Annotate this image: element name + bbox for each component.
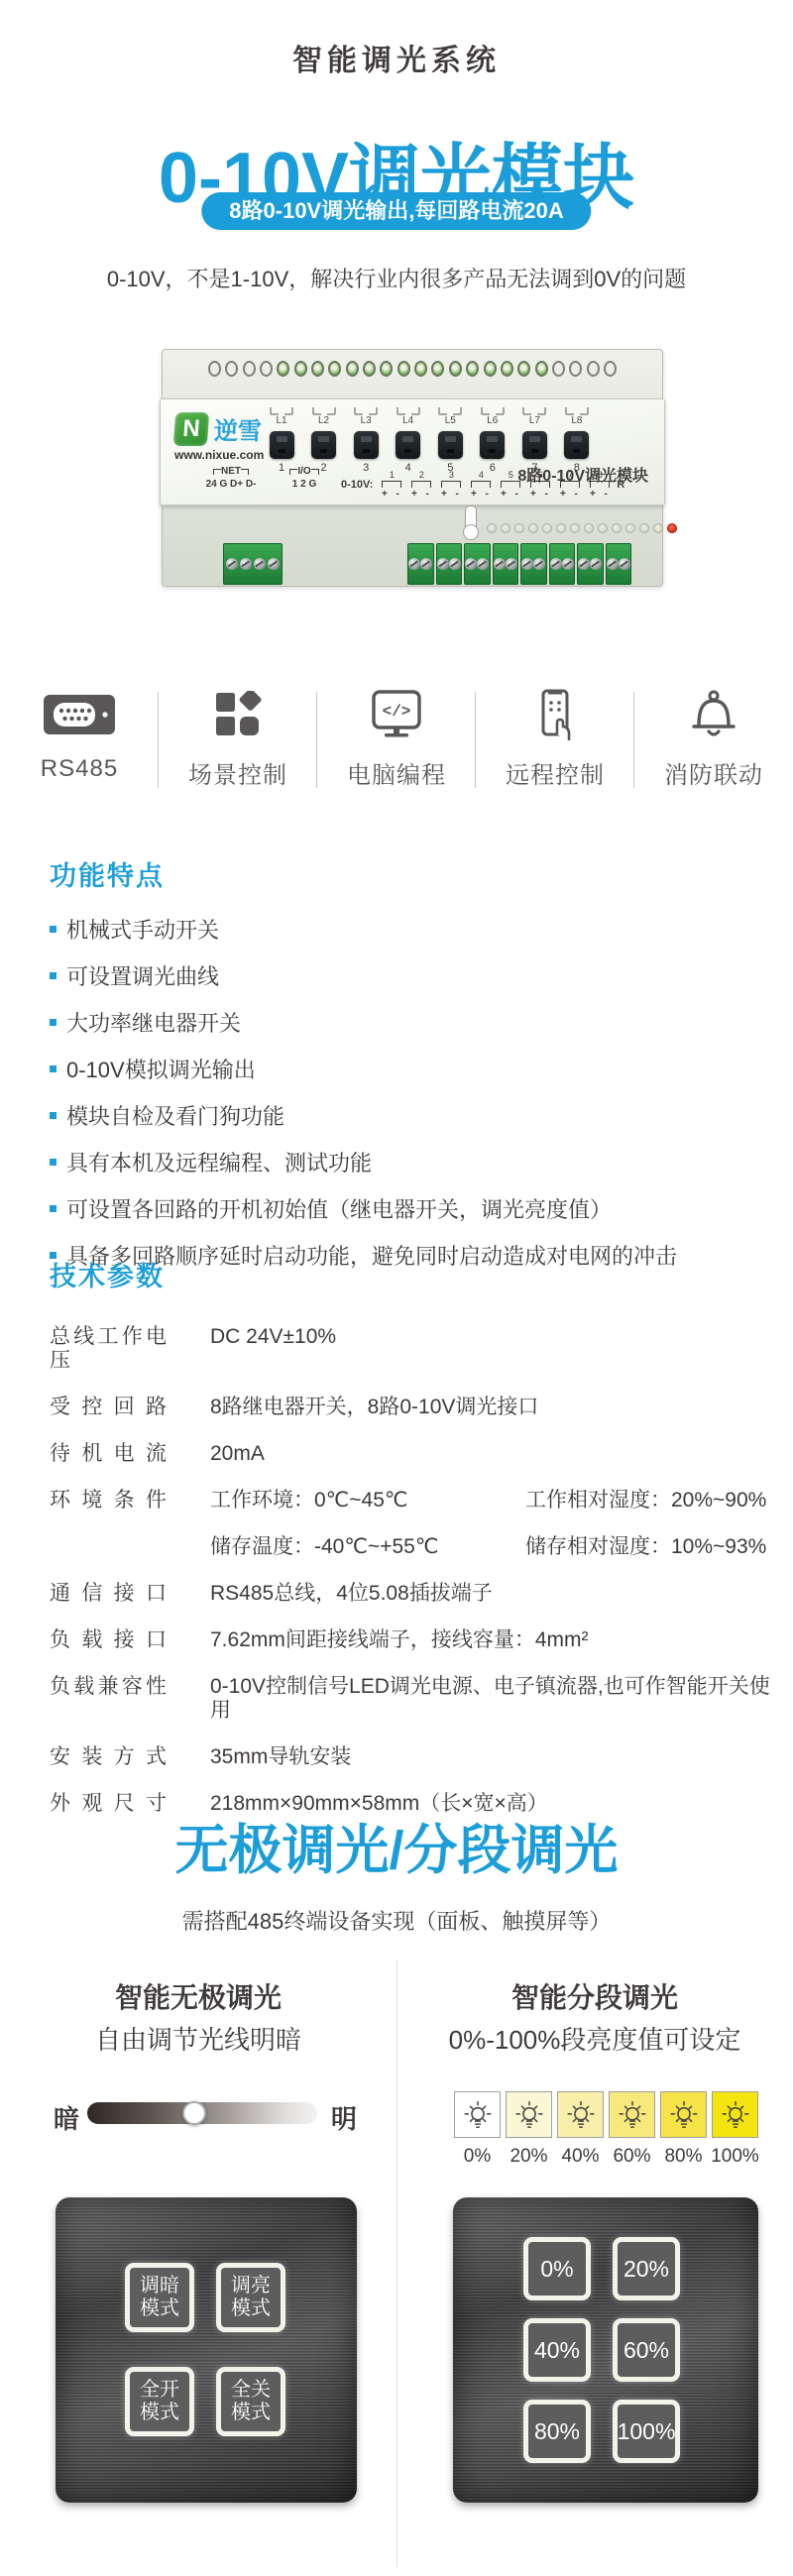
brightness-level: 100%: [712, 2091, 758, 2168]
terminal-blocks-right: [407, 543, 631, 583]
fire-bell-icon: [689, 684, 738, 745]
spec-row-environment: 环境条件 工作环境：0℃~45℃工作相对湿度：20%~90% 储存温度：-40℃…: [50, 1489, 783, 1559]
relay-contact-icon: [353, 405, 379, 415]
bright-label: 明: [331, 2099, 357, 2136]
capability-fire-linkage: 消防联动: [634, 684, 793, 790]
capability-row: RS485 场景控制 </>: [0, 684, 793, 790]
feature-item: 具有本机及远程编程、测试功能: [50, 1152, 753, 1175]
feature-item: 机械式手动开关: [50, 919, 753, 942]
rocker-switch: [564, 431, 589, 459]
brightness-level: 0%: [454, 2091, 501, 2168]
rocker-switch: [480, 431, 505, 459]
panel-button-80pct: 80%: [523, 2400, 591, 2463]
brightness-levels: 0% 20% 40% 60% 80%: [454, 2091, 761, 2168]
channel-switch: L2 2: [306, 405, 342, 474]
remote-phone-icon: [535, 684, 575, 745]
spec-row: 通信接口RS485总线，4位5.08插拔端子: [50, 1582, 783, 1606]
panel-button-100pct: 100%: [613, 2400, 680, 2463]
analog-output-labels: 0-10V: 1+ - 2+ - 3+ - 4+ - 5+ - 6+ - 7+ …: [341, 470, 660, 500]
bulb-icon: [566, 2098, 596, 2132]
capability-remote-control: 远程控制: [476, 684, 634, 790]
channel-switch: L6 6: [475, 405, 510, 474]
spec-row: 受控回路8路继电器开关，8路0-10V调光接口: [50, 1396, 783, 1419]
status-led-row: [487, 523, 677, 533]
features-section: 功能特点 机械式手动开关 可设置调光曲线 大功率继电器开关 0-10V模拟调光输…: [50, 854, 753, 1291]
channel-switch: L4 4: [391, 405, 426, 474]
bulb-swatch: [454, 2091, 501, 2138]
bulb-icon: [463, 2098, 493, 2132]
specs-section: 技术参数 总线工作电压DC 24V±10% 受控回路8路继电器开关，8路0-10…: [50, 1255, 783, 1839]
rocker-switch: [354, 431, 379, 459]
channel-switch: L3 3: [348, 405, 384, 474]
spec-row: 负载兼容性0-10V控制信号LED调光电源、电子镇流器,也可作智能开关使用: [50, 1675, 783, 1723]
relay-contact-icon: [521, 405, 547, 415]
bullet-icon: [50, 1065, 57, 1072]
relay-contact-icon: [269, 405, 294, 415]
computer-code-icon: </>: [371, 684, 422, 745]
stepless-panel-photo: 调暗模式 调亮模式 全开模式 全关模式: [56, 2197, 357, 2503]
bullet-icon: [50, 1112, 57, 1119]
bullet-icon: [50, 926, 57, 933]
feature-item: 可设置各回路的开机初始值（继电器开关，调光亮度值）: [50, 1198, 753, 1221]
feature-item: 大功率继电器开关: [50, 1012, 753, 1035]
dimming-subtitle: 需搭配485终端设备实现（面板、触摸屏等）: [0, 1905, 793, 1936]
terminal-block-left: [223, 543, 283, 585]
relay-contact-icon: [396, 405, 421, 415]
spec-row: 待机电流20mA: [50, 1442, 783, 1466]
bullet-icon: [50, 972, 57, 979]
panel-button-all-on: 全开模式: [125, 2367, 194, 2436]
relay-contact-icon: [311, 405, 337, 415]
spec-row: 安装方式35mm导轨安装: [50, 1745, 783, 1769]
device-port-labels: NET 24 G D+ D- I/O 1 2 G 0-10V: 1+ - 2+ …: [161, 466, 664, 498]
feature-item: 模块自检及看门狗功能: [50, 1105, 753, 1128]
product-photo: N 逆雪 www.nixue.com L1 1 L2 2: [162, 349, 663, 587]
system-kicker: 智能调光系统: [0, 36, 793, 79]
capability-pc-programming: </> 电脑编程: [317, 684, 476, 790]
dark-label: 暗: [54, 2099, 79, 2136]
bulb-swatch: [506, 2091, 552, 2138]
specs-heading: 技术参数: [50, 1255, 783, 1293]
brightness-level: 60%: [609, 2091, 655, 2168]
panel-button-all-off: 全关模式: [216, 2367, 285, 2436]
channel-switch: L5 5: [432, 405, 468, 474]
relay-contact-icon: [480, 405, 506, 415]
rocker-switch: [396, 431, 420, 459]
brightness-slider-knob: [182, 2101, 206, 2125]
bullet-icon: [50, 1159, 57, 1166]
bulb-icon: [669, 2098, 699, 2132]
spec-badge: 8路0-10V调光输出,每回路电流20A: [201, 192, 591, 230]
product-tagline: 0-10V，不是1-10V，解决行业内很多产品无法调到0V的问题: [0, 263, 793, 293]
reset-pin-label: R: [617, 479, 624, 491]
rocker-switch: [311, 431, 336, 459]
staged-heading: 智能分段调光: [396, 1976, 793, 2016]
stepless-heading: 智能无极调光: [0, 1976, 396, 2016]
channel-switch: L1 1: [264, 405, 299, 474]
brightness-level: 20%: [506, 2091, 552, 2168]
capability-scene-control: 场景控制: [159, 684, 317, 790]
rs485-connector-icon: [43, 684, 116, 745]
bulb-icon: [514, 2098, 544, 2132]
capability-rs485: RS485: [0, 684, 159, 790]
panel-button-0pct: 0%: [523, 2237, 591, 2300]
dimming-title: 无极调光/分段调光: [0, 1824, 793, 1877]
panel-button-dim-down: 调暗模式: [125, 2263, 194, 2332]
feature-item: 0-10V模拟调光输出: [50, 1059, 753, 1081]
panel-button-60pct: 60%: [613, 2318, 680, 2382]
feature-item: 可设置调光曲线: [50, 965, 753, 988]
device-front-panel: N 逆雪 www.nixue.com L1 1 L2 2: [160, 398, 665, 505]
io-port-label: I/O 1 2 G: [282, 466, 327, 490]
bulb-icon: [721, 2098, 750, 2132]
bullet-icon: [50, 1019, 57, 1026]
reset-stylus: [465, 505, 477, 529]
brand-name: 逆雪: [214, 411, 262, 446]
rocker-switch: [438, 431, 463, 459]
relay-contact-icon: [437, 405, 463, 415]
panel-button-20pct: 20%: [613, 2237, 680, 2300]
brightness-level: 40%: [557, 2091, 604, 2168]
brand-logo-icon: N: [173, 412, 209, 446]
svg-text:</>: </>: [383, 703, 411, 721]
bullet-icon: [50, 1205, 57, 1212]
bulb-swatch: [557, 2091, 604, 2138]
bulb-swatch: [712, 2091, 758, 2138]
features-heading: 功能特点: [50, 854, 753, 893]
stepless-desc: 自由调节光线明暗: [0, 2020, 396, 2057]
spec-row: 外观尺寸218mm×90mm×58mm（长×宽×高）: [50, 1792, 783, 1816]
rocker-switch: [270, 431, 294, 459]
panel-button-dim-up: 调亮模式: [216, 2263, 285, 2332]
spec-row: 负载接口7.62mm间距接线端子，接线容量：4mm²: [50, 1628, 783, 1652]
bulb-swatch: [660, 2091, 707, 2138]
product-detail-page: 智能调光系统 0-10V调光模块 8路0-10V调光输出,每回路电流20A 0-…: [0, 0, 793, 2576]
terminal-screws-top: [208, 361, 617, 377]
bulb-swatch: [609, 2091, 655, 2138]
bulb-icon: [618, 2098, 647, 2132]
scene-grid-icon: [214, 684, 262, 745]
panel-button-40pct: 40%: [523, 2318, 591, 2382]
spec-row: 总线工作电压DC 24V±10%: [50, 1325, 783, 1373]
relay-contact-icon: [564, 405, 590, 415]
power-led: [667, 523, 677, 533]
staged-panel-photo: 0% 20% 40% 60% 80% 100%: [453, 2197, 758, 2503]
net-port-label: NET 24 G D+ D-: [196, 466, 266, 490]
rocker-switch: [522, 431, 547, 459]
staged-desc: 0%-100%段亮度值可设定: [396, 2020, 793, 2057]
brightness-level: 80%: [660, 2091, 707, 2168]
